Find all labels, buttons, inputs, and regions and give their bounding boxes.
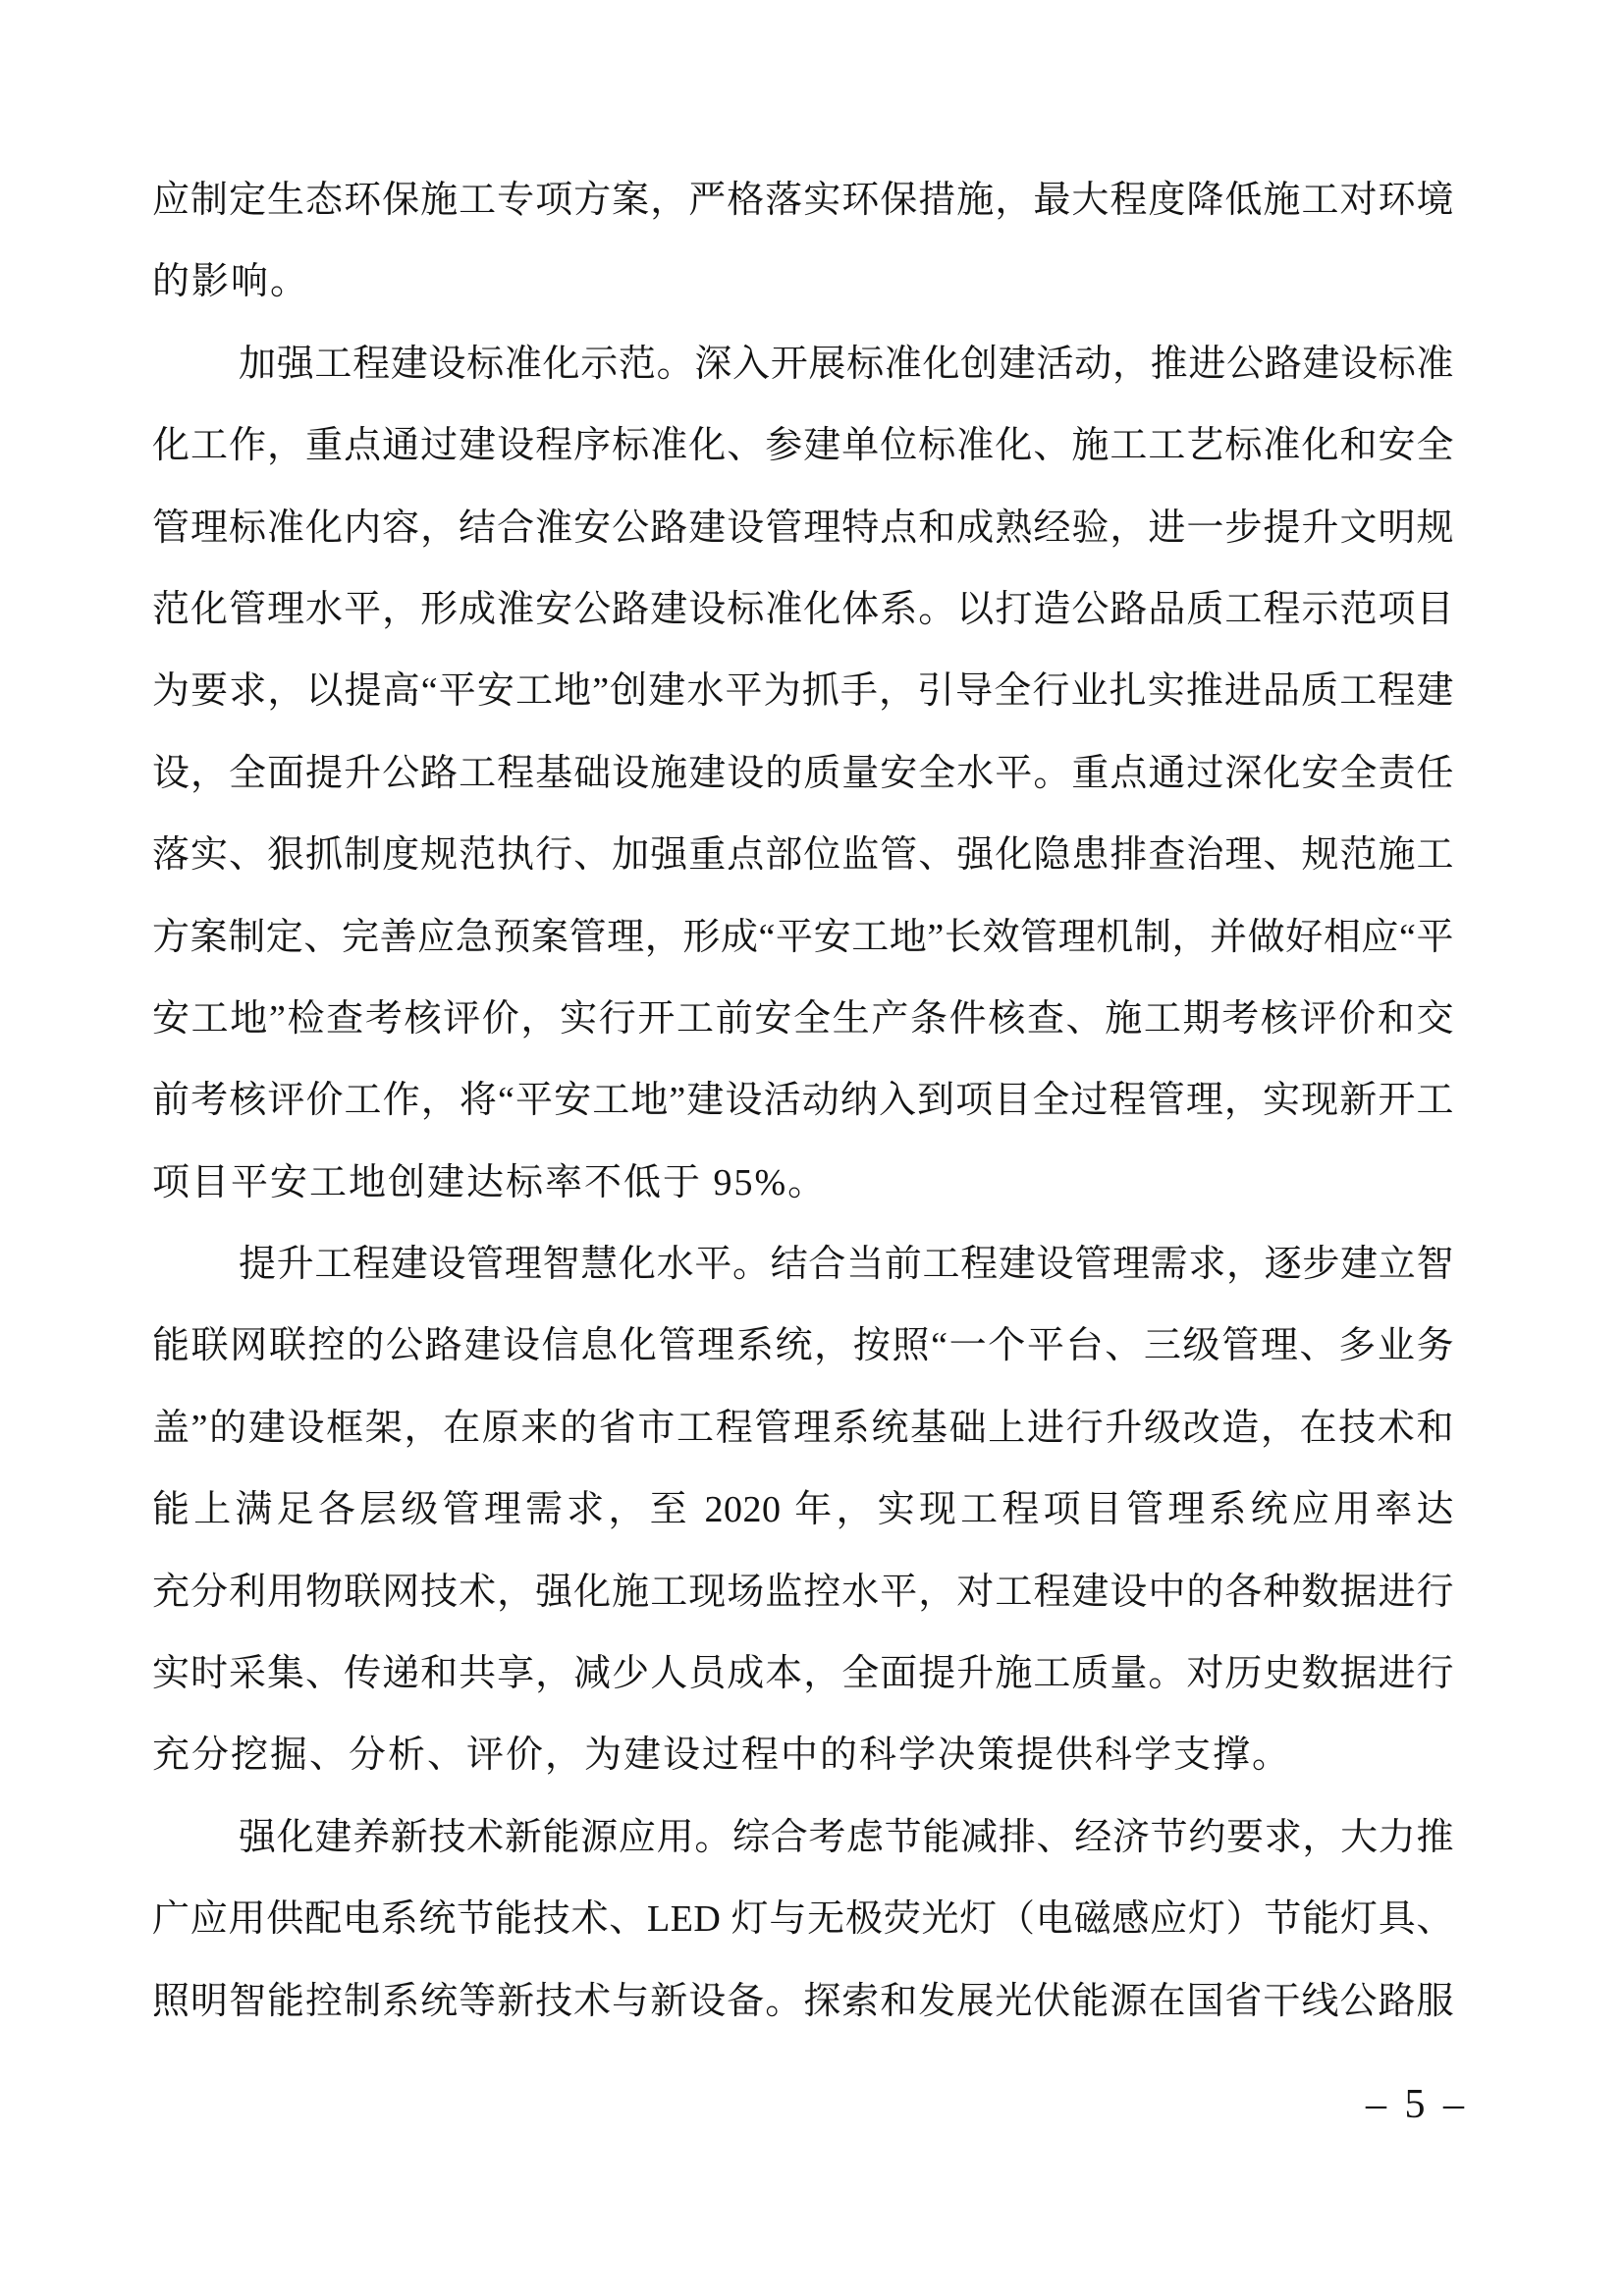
text-line: 方案制定、完善应急预案管理，形成“平安工地”长效管理机制，并做好相应“平 [152,897,1454,979]
text-line: 广应用供配电系统节能技术、LED 灯与无极荧光灯（电磁感应灯）节能灯具、 [152,1879,1454,1960]
text-line: 范化管理水平，形成淮安公路建设标准化体系。以打造公路品质工程示范项目 [152,569,1454,651]
text-line: 为要求，以提高“平安工地”创建水平为抓手，引导全行业扎实推进品质工程建 [152,651,1454,732]
text-line: 实时采集、传递和共享，减少人员成本，全面提升施工质量。对历史数据进行 [152,1633,1454,1715]
page-number: – 5 – [1366,2081,1468,2128]
text-line: 充分挖掘、分析、评价，为建设过程中的科学决策提供科学支撑。 [152,1715,1454,1796]
text-line: 能联网联控的公路建设信息化管理系统，按照“一个平台、三级管理、多业务覆 [152,1306,1454,1387]
text-line: 能上满足各层级管理需求，至 2020 年，实现工程项目管理系统应用率达 100%… [152,1469,1454,1551]
text-line: 应制定生态环保施工专项方案，严格落实环保措施，最大程度降低施工对环境 [152,160,1454,241]
text-line: 充分利用物联网技术，强化施工现场监控水平，对工程建设中的各种数据进行 [152,1552,1454,1633]
text-line: 前考核评价工作，将“平安工地”建设活动纳入到项目全过程管理，实现新开工 [152,1060,1454,1142]
text-line: 项目平安工地创建达标率不低于 95%。 [152,1143,1454,1224]
text-line: 加强工程建设标准化示范。深入开展标准化创建活动，推进公路建设标准 [152,324,1454,405]
text-line: 盖”的建设框架，在原来的省市工程管理系统基础上进行升级改造，在技术和功 [152,1388,1454,1469]
text-line: 照明智能控制系统等新技术与新设备。探索和发展光伏能源在国省干线公路服 [152,1961,1454,2043]
text-line: 提升工程建设管理智慧化水平。结合当前工程建设管理需求，逐步建立智 [152,1224,1454,1306]
text-block: 应制定生态环保施工专项方案，严格落实环保措施，最大程度降低施工对环境 的影响。 … [152,160,1454,2043]
text-line: 设，全面提升公路工程基础设施建设的质量安全水平。重点通过深化安全责任 [152,733,1454,815]
document-page: 应制定生态环保施工专项方案，严格落实环保措施，最大程度降低施工对环境 的影响。 … [0,0,1624,2296]
text-line: 落实、狠抓制度规范执行、加强重点部位监管、强化隐患排查治理、规范施工 [152,815,1454,896]
text-line: 管理标准化内容，结合淮安公路建设管理特点和成熟经验，进一步提升文明规 [152,488,1454,569]
text-line: 安工地”检查考核评价，实行开工前安全生产条件核查、施工期考核评价和交工 [152,979,1454,1060]
text-line: 的影响。 [152,241,1454,323]
text-line: 化工作，重点通过建设程序标准化、参建单位标准化、施工工艺标准化和安全 [152,405,1454,487]
text-line: 强化建养新技术新能源应用。综合考虑节能减排、经济节约要求，大力推 [152,1797,1454,1879]
